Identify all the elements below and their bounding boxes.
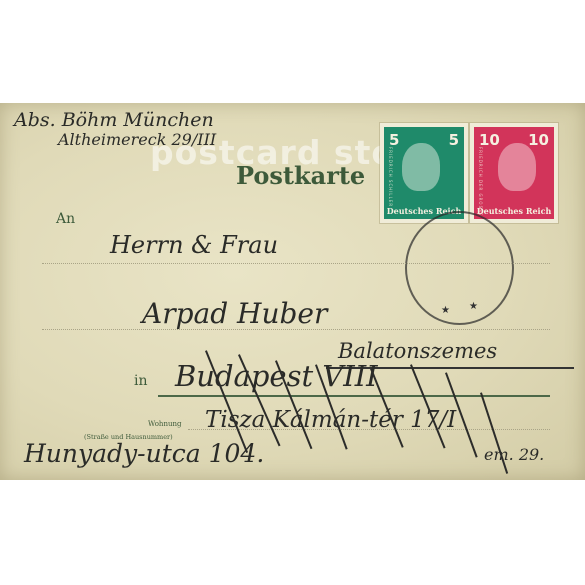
apartment-note: em. 29. — [484, 445, 544, 464]
star-icon: ★ — [469, 301, 478, 312]
stamp-label: Deutsches Reich — [474, 206, 554, 216]
recipient-salutation: Herrn & Frau — [110, 231, 278, 259]
stamp-10-body: 10 10 FRIEDRICH DER GROSSE Deutsches Rei… — [474, 127, 554, 219]
postkarte-heading: Postkarte — [236, 161, 365, 190]
sender-name: Abs. Böhm München — [14, 109, 214, 131]
stamp-5-body: 5 5 FRIEDRICH SCHILLER Deutsches Reich — [384, 127, 464, 219]
new-street-address: Hunyady-utca 104. — [24, 439, 264, 468]
stamp-5-pfennig: 5 5 FRIEDRICH SCHILLER Deutsches Reich — [380, 123, 468, 223]
postcard: postcard stock Abs. Böhm München Altheim… — [0, 103, 585, 480]
stamp-value-right: 10 — [528, 131, 549, 149]
portrait-icon — [498, 143, 536, 191]
postmark-circle: ★ ★ — [405, 211, 514, 325]
stamp-10-pfennig: 10 10 FRIEDRICH DER GROSSE Deutsches Rei… — [470, 123, 558, 223]
stamp-side-text: FRIEDRICH SCHILLER — [388, 147, 393, 207]
star-icon: ★ — [441, 305, 450, 316]
in-label: in — [134, 373, 148, 389]
portrait-icon — [402, 143, 440, 191]
stamp-value-right: 5 — [449, 131, 459, 149]
recipient-name: Arpad Huber — [142, 297, 327, 330]
address-line-1 — [42, 263, 550, 264]
street-line — [188, 429, 550, 430]
wohnung-label: Wohnung — [148, 420, 181, 428]
address-line-2 — [42, 329, 550, 330]
sender-address: Altheimereck 29/III — [58, 130, 216, 149]
to-label: An — [56, 211, 75, 227]
city-line — [158, 395, 550, 397]
